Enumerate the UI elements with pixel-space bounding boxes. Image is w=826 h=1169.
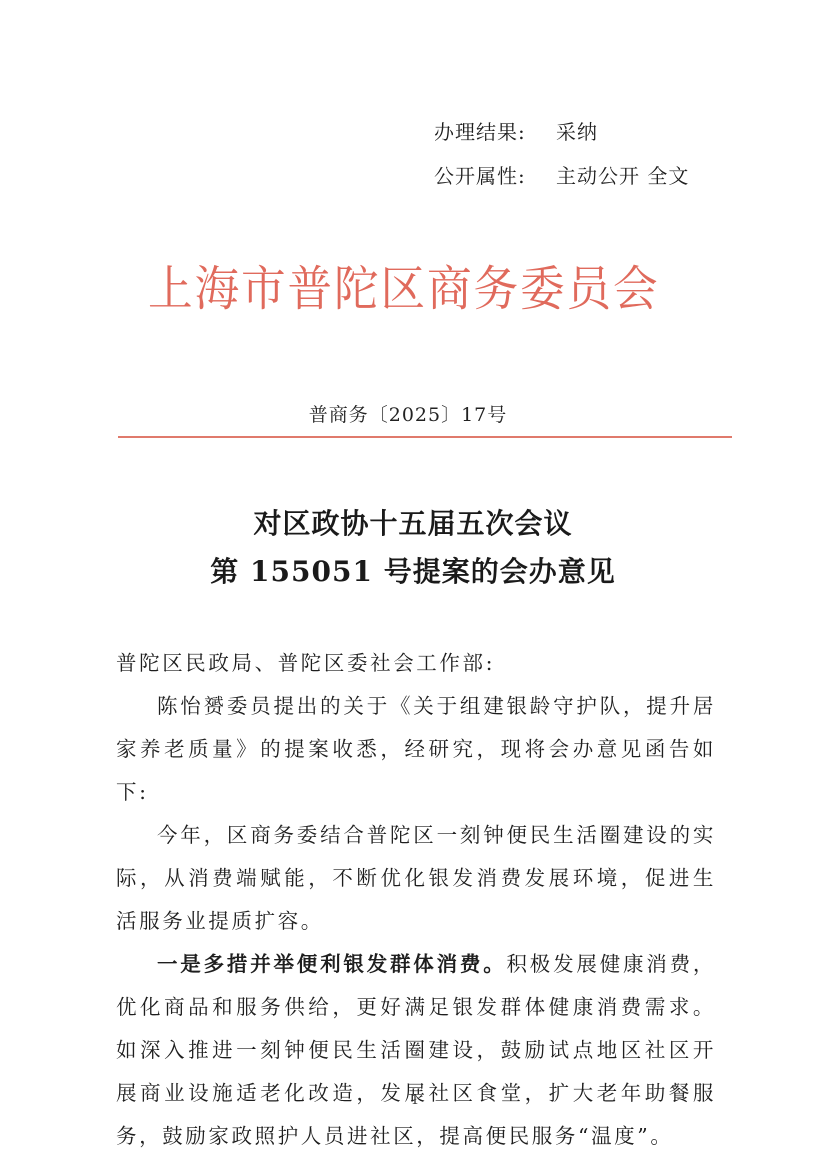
disclosure-attribute-row: 公开属性:主动公开 全文 (434, 160, 689, 189)
paragraph-measure-one: 一是多措并举便利银发群体消费。积极发展健康消费，优化商品和服务供给，更好满足银发… (116, 943, 716, 1158)
measure-one-heading: 一是多措并举便利银发群体消费。 (157, 952, 507, 976)
issuing-organization-title: 上海市普陀区商务委员会 (148, 250, 669, 319)
paragraph-acknowledgement: 陈怡赟委员提出的关于《关于组建银龄守护队，提升居家养老质量》的提案收悉，经研究，… (116, 685, 716, 814)
disclosure-attribute-value: 主动公开 全文 (556, 160, 689, 189)
disclosure-attribute-label: 公开属性: (434, 160, 556, 189)
document-number: 普商务〔2025〕17号 (0, 400, 826, 427)
document-number-text: 普商务〔2025〕17号 (309, 404, 508, 426)
addressee: 普陀区民政局、普陀区委社会工作部: (116, 642, 716, 685)
paragraph-overview: 今年，区商务委结合普陀区一刻钟便民生活圈建设的实际，从消费端赋能，不断优化银发消… (116, 814, 716, 943)
handling-result-row: 办理结果:采纳 (434, 116, 598, 145)
document-body: 普陀区民政局、普陀区委社会工作部: 陈怡赟委员提出的关于《关于组建银龄守护队，提… (116, 642, 716, 1158)
handling-result-value: 采纳 (556, 116, 598, 145)
handling-result-label: 办理结果: (434, 116, 556, 145)
measure-one-text: 积极发展健康消费，优化商品和服务供给，更好满足银发群体健康消费需求。如深入推进一… (116, 952, 716, 1148)
red-divider-line (118, 436, 732, 438)
page-number: 1 (0, 1093, 826, 1108)
document-title-line-1: 对区政协十五届五次会议 (0, 502, 826, 542)
document-title-line-2: 第 155051 号提案的会办意见 (0, 550, 826, 590)
